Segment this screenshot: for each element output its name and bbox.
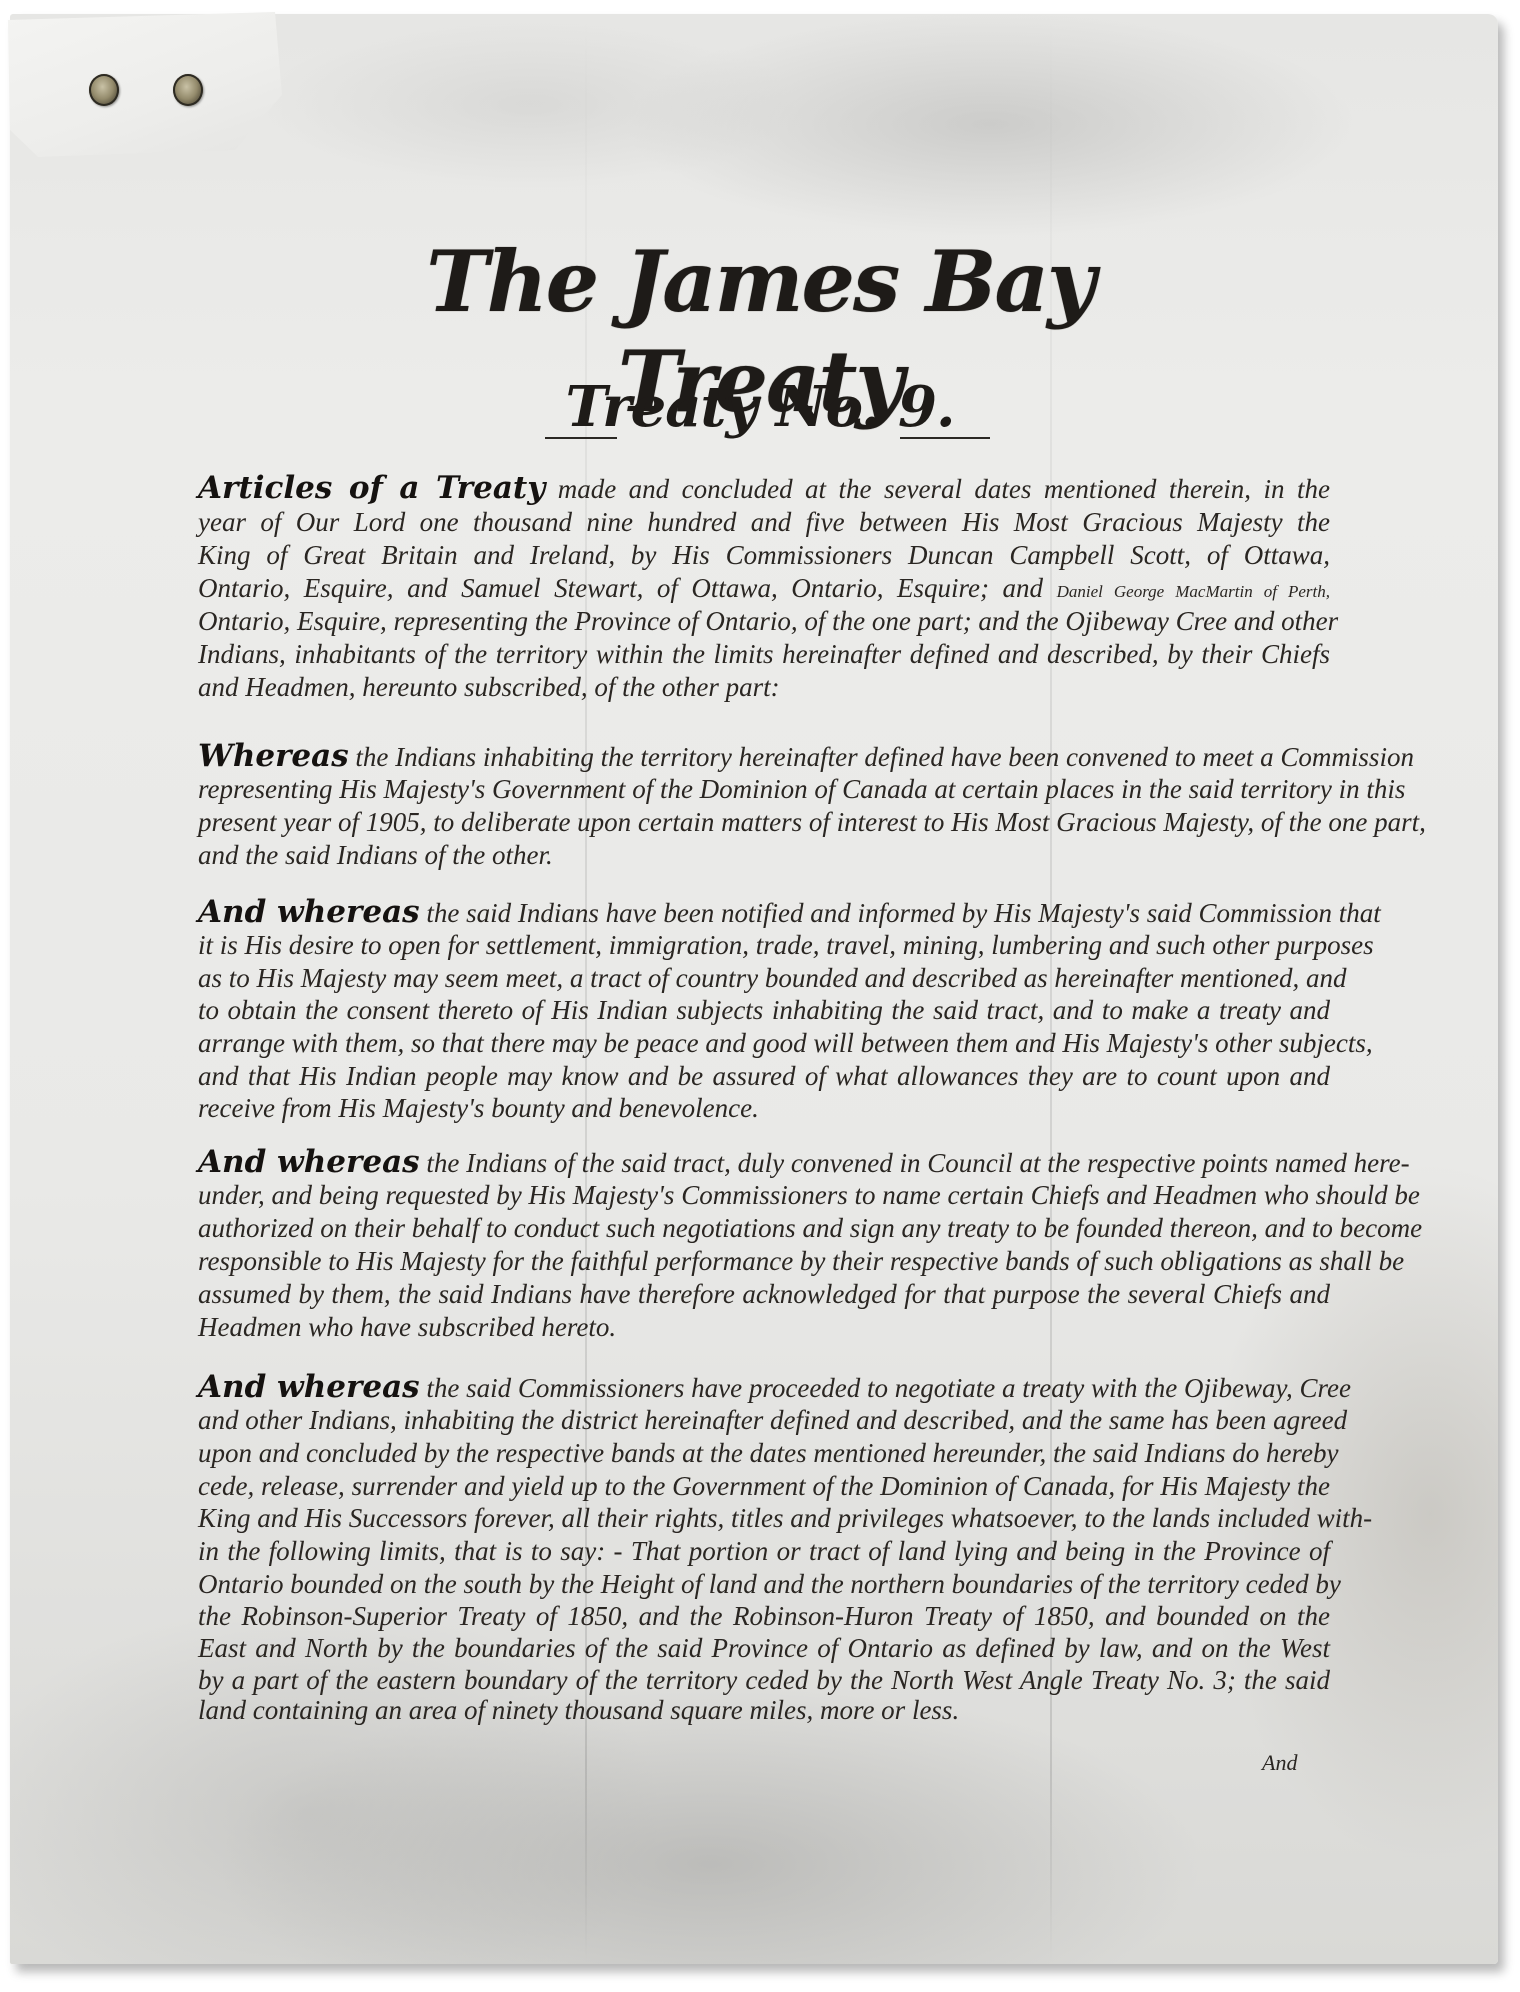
text-line: under, and being requested by His Majest… xyxy=(198,1179,1330,1211)
text-line: representing His Majesty's Government of… xyxy=(198,773,1330,805)
subtitle-rule-right xyxy=(900,437,990,439)
text-line: year of Our Lord one thousand nine hundr… xyxy=(198,506,1330,538)
document-subtitle: Treaty No. 9. xyxy=(560,372,960,442)
text-line: Ontario bounded on the south by the Heig… xyxy=(198,1568,1330,1600)
text-line: responsible to His Majesty for the faith… xyxy=(198,1245,1330,1277)
text-line: upon and concluded by the respective ban… xyxy=(198,1437,1330,1469)
inline-small-name: Daniel George MacMartin of Perth, xyxy=(1057,582,1330,601)
text-line: Ontario, Esquire, and Samuel Stewart, of… xyxy=(198,572,1330,608)
brass-eyelet-icon xyxy=(173,74,203,106)
text-line: arrange with them, so that there may be … xyxy=(198,1027,1330,1059)
text-line: King and His Successors forever, all the… xyxy=(198,1502,1330,1534)
reinforced-corner-flap xyxy=(8,12,284,158)
text-line: it is His desire to open for settlement,… xyxy=(198,929,1330,961)
text-line: and the said Indians of the other. xyxy=(198,839,1330,871)
text-line: present year of 1905, to deliberate upon… xyxy=(198,806,1330,838)
text-line: land containing an area of ninety thousa… xyxy=(198,1694,1330,1726)
text-line: in the following limits, that is to say:… xyxy=(198,1535,1330,1567)
text-line: to obtain the consent thereto of His Ind… xyxy=(198,994,1330,1026)
text-line: King of Great Britain and Ireland, by Hi… xyxy=(198,539,1330,571)
text-line: and Headmen, hereunto subscribed, of the… xyxy=(198,671,1330,703)
text-line: authorized on their behalf to conduct su… xyxy=(198,1212,1330,1244)
text-line: Indians, inhabitants of the territory wi… xyxy=(198,638,1330,670)
text-line: cede, release, surrender and yield up to… xyxy=(198,1470,1330,1502)
text-line: and other Indians, inhabiting the distri… xyxy=(198,1404,1330,1436)
paragraph-lead: And whereas xyxy=(198,1144,420,1180)
text-line: And whereas the Indians of the said trac… xyxy=(198,1146,1330,1179)
text-line: and that His Indian people may know and … xyxy=(198,1060,1330,1092)
paragraph-lead: Whereas xyxy=(198,738,349,774)
text-line: the Robinson-Superior Treaty of 1850, an… xyxy=(198,1600,1330,1632)
catchword: And xyxy=(1262,1750,1297,1776)
text-line: receive from His Majesty's bounty and be… xyxy=(198,1092,1330,1124)
text-line: Ontario, Esquire, representing the Provi… xyxy=(198,605,1330,637)
text-line: by a part of the eastern boundary of the… xyxy=(198,1664,1330,1696)
text-line: Articles of a Treaty made and concluded … xyxy=(198,472,1330,505)
text-line: as to His Majesty may seem meet, a tract… xyxy=(198,962,1330,994)
text-line: assumed by them, the said Indians have t… xyxy=(198,1278,1330,1310)
text-line: Whereas the Indians inhabiting the terri… xyxy=(198,740,1330,773)
text-line: And whereas the said Indians have been n… xyxy=(198,896,1330,929)
text-line: And whereas the said Commissioners have … xyxy=(198,1371,1330,1404)
paragraph-lead: And whereas xyxy=(198,894,420,930)
brass-eyelet-icon xyxy=(89,74,119,106)
paragraph-lead: And whereas xyxy=(198,1369,420,1405)
text-line: East and North by the boundaries of the … xyxy=(198,1632,1330,1664)
paragraph-lead: Articles of a Treaty xyxy=(198,470,545,506)
text-line: Headmen who have subscribed hereto. xyxy=(198,1311,1330,1343)
